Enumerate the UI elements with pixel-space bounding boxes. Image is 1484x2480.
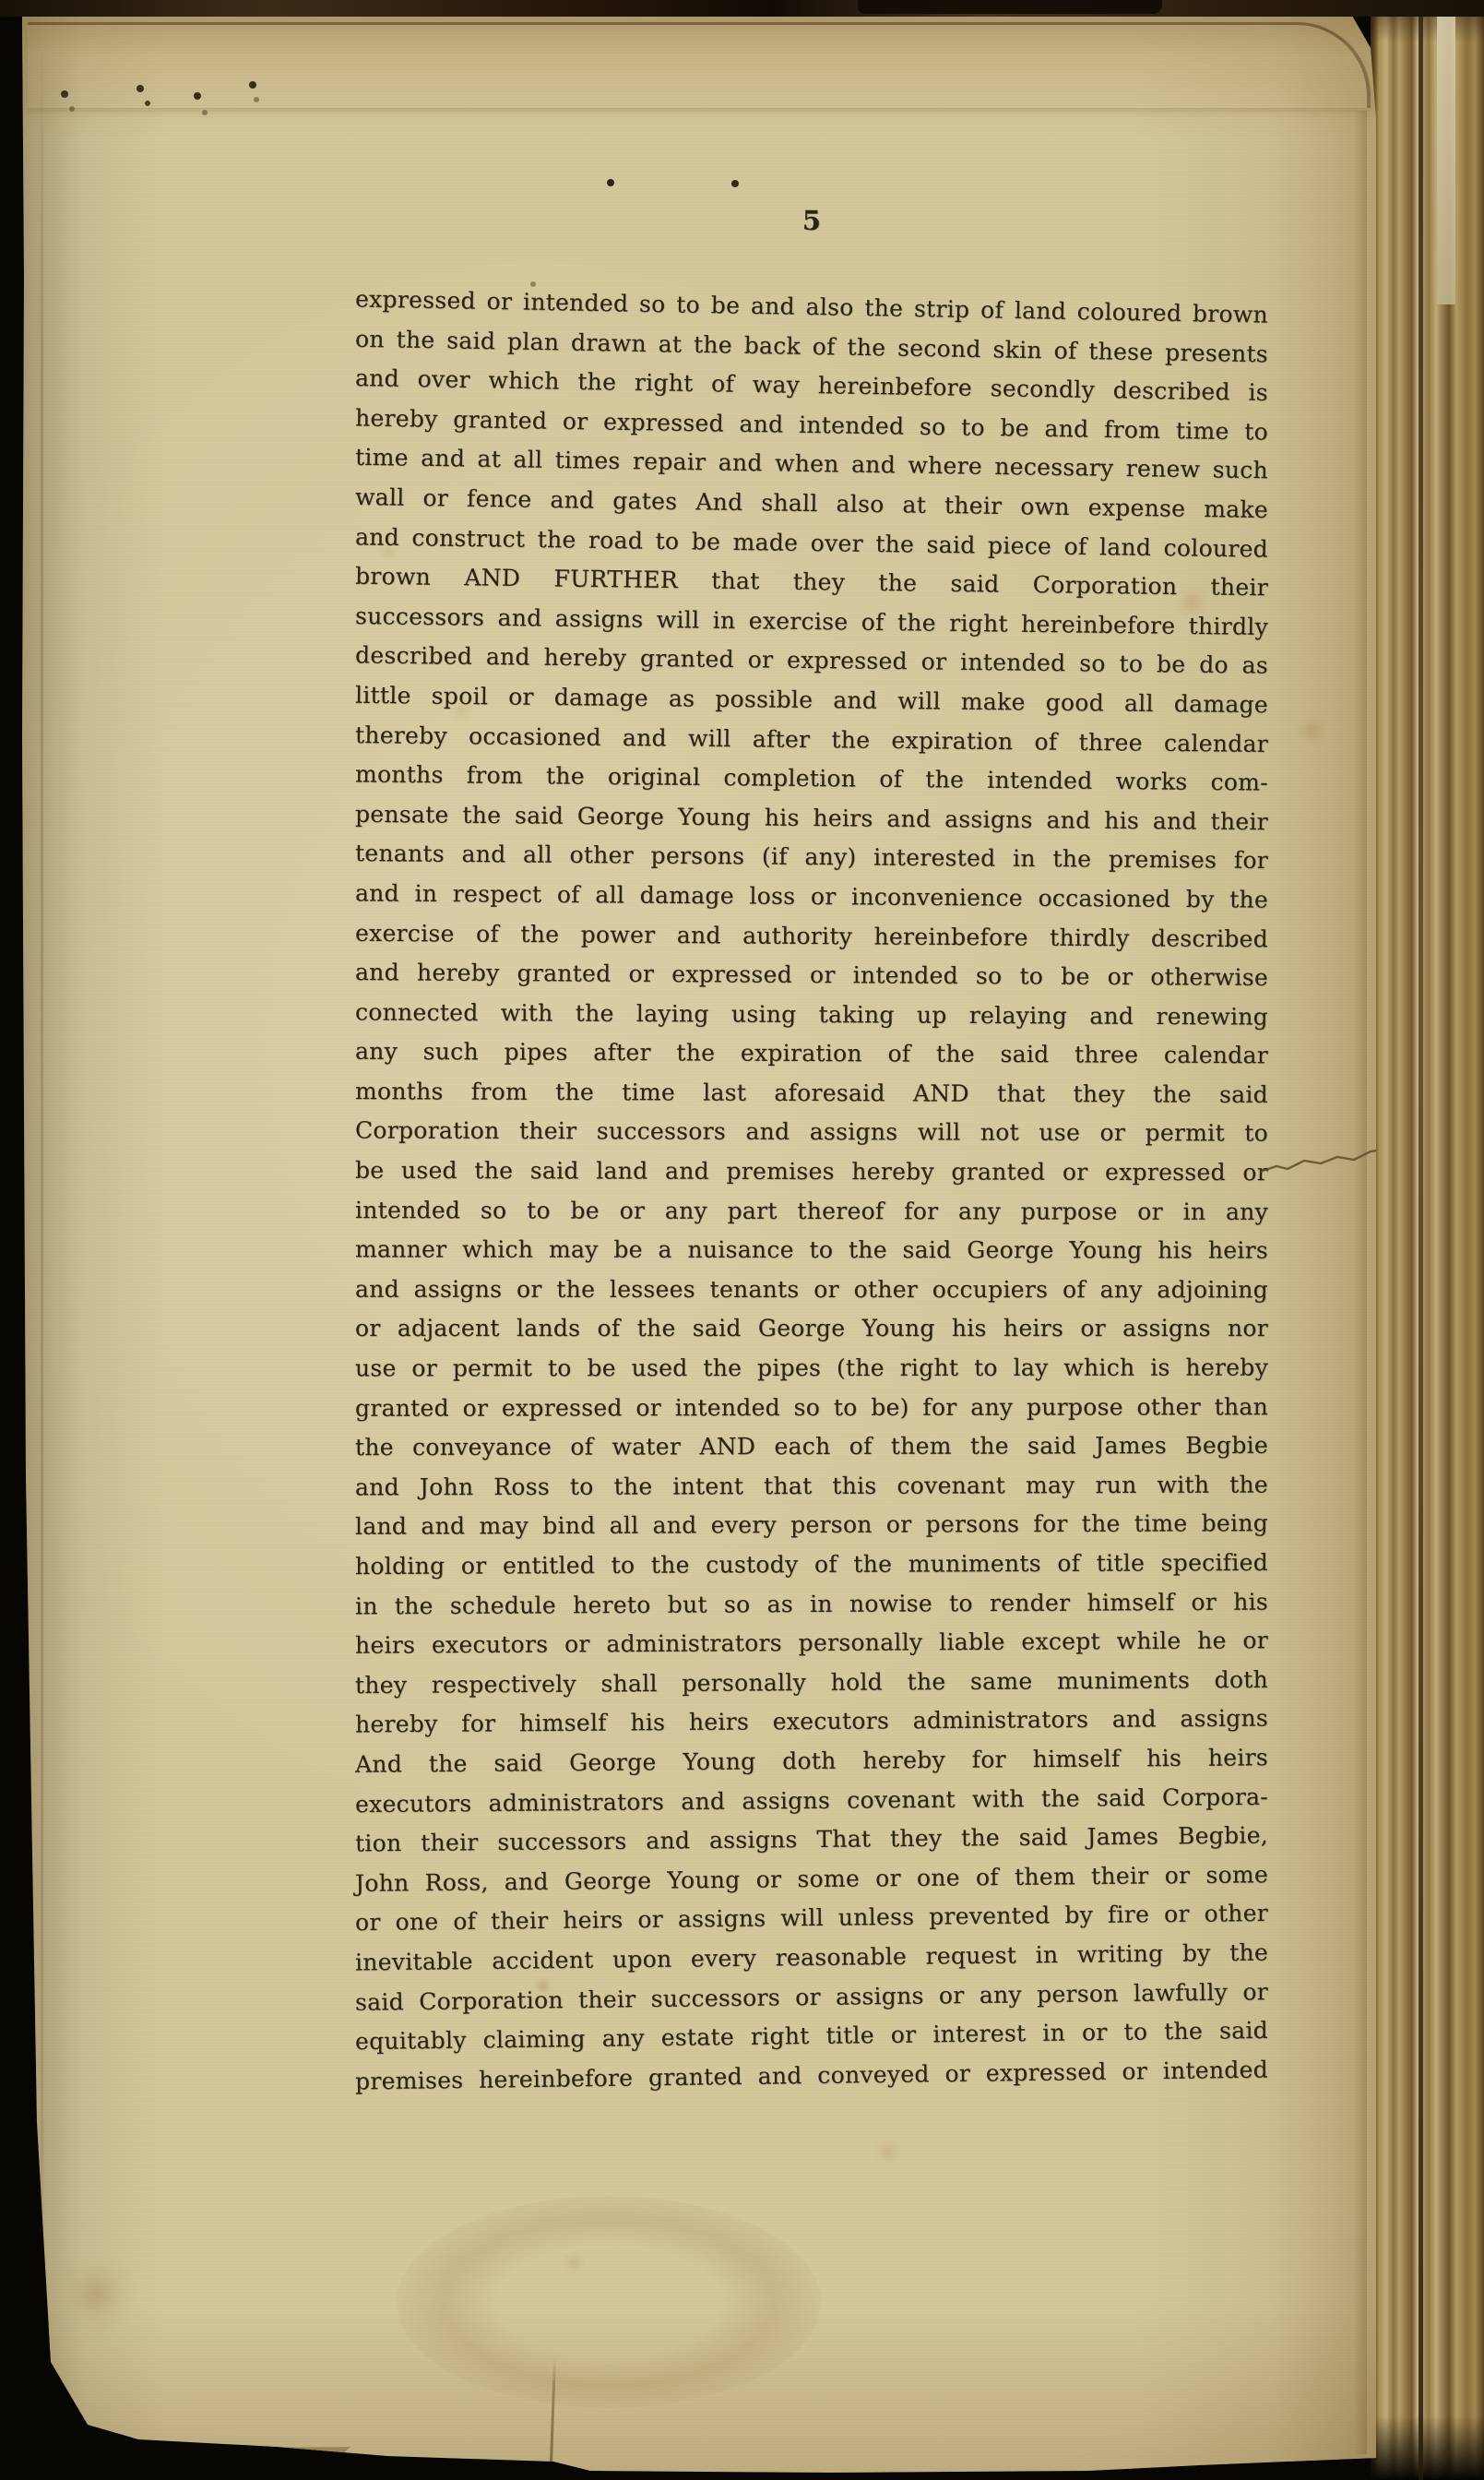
text-line: be used the said land and premises hereb…: [355, 1151, 1268, 1193]
text-line: in the schedule hereto but so as in nowi…: [355, 1582, 1268, 1626]
text-line: and in respect of all damage loss or inc…: [355, 874, 1268, 920]
top-rim-shadow: [858, 0, 1162, 14]
text-line: Corporation their successors and assigns…: [355, 1112, 1268, 1154]
text-line: holding or entitled to the custody of th…: [355, 1544, 1268, 1587]
page-edge-light-strip: [1437, 0, 1455, 304]
text-line: on the said plan drawn at the back of th…: [355, 319, 1269, 374]
text-line: thereby occasioned and will after the ex…: [355, 716, 1268, 764]
page-edge-shadow-line: [1419, 0, 1423, 2480]
text-line: intended so to be or any part thereof fo…: [355, 1191, 1268, 1232]
bottom-fold-crease: [550, 2358, 556, 2463]
book-top-rim: [0, 0, 1484, 17]
text-line: or one of their heirs or assigns will un…: [355, 1894, 1268, 1943]
text-line: exercise of the power and authority here…: [355, 913, 1268, 959]
body-text: expressed or intended so to be and also …: [355, 288, 1268, 2095]
book-scan-photo: 5 expressed or intended so to be and als…: [0, 0, 1484, 2480]
text-line: manner which may be a nuisance to the sa…: [355, 1231, 1268, 1271]
text-line: pensate the said George Young his heirs …: [355, 794, 1268, 841]
ink-specks: [55, 81, 59, 85]
text-line: they respectively shall personally hold …: [355, 1661, 1268, 1706]
under-page-sliver: [0, 2447, 350, 2460]
text-line: and John Ross to the intent that this co…: [355, 1465, 1268, 1508]
under-page-sliver: [212, 2462, 406, 2471]
page-number: 5: [355, 200, 1268, 241]
page-top-crease: [28, 22, 1371, 108]
text-line: time and at all times repair and when an…: [355, 438, 1269, 491]
text-line: land and may bind all and every person o…: [355, 1505, 1268, 1547]
text-line: tion their successors and assigns That t…: [355, 1817, 1268, 1865]
text-line: heirs executors or administrators person…: [355, 1621, 1268, 1665]
text-line: inevitable accident upon every reasonabl…: [355, 1933, 1268, 1982]
text-line: months from the time last aforesaid AND …: [355, 1072, 1268, 1115]
text-line: equitably claiming any estate right titl…: [355, 2011, 1268, 2062]
text-line: any such pipes after the expiration of t…: [355, 1032, 1268, 1076]
text-line: connected with the laying using taking u…: [355, 993, 1268, 1037]
text-line: and hereby granted or expressed or inten…: [355, 953, 1268, 997]
text-line: John Ross, and George Young or some or o…: [355, 1855, 1268, 1903]
page-left-crease: [41, 28, 43, 2417]
paper-tear-crack: [1260, 1142, 1389, 1183]
text-line: successors and assigns will in exercise …: [355, 597, 1268, 648]
text-line: said Corporation their successors or ass…: [355, 1973, 1268, 2022]
text-line: the conveyance of water AND each of them…: [355, 1426, 1268, 1468]
text-line: premises hereinbefore granted and convey…: [355, 2050, 1268, 2102]
text-line: hereby granted or expressed and intended…: [355, 399, 1269, 452]
text-line: expressed or intended so to be and also …: [355, 280, 1269, 335]
page-right-crease: [1354, 111, 1367, 2454]
text-line: wall or fence and gates And shall also a…: [355, 478, 1269, 531]
text-line: brown AND FURTHER that they the said Cor…: [355, 557, 1268, 608]
text-line: granted or expressed or intended so to b…: [355, 1388, 1268, 1428]
text-line: described and hereby granted or expresse…: [355, 637, 1268, 686]
text-line: hereby for himself his heirs executors a…: [355, 1699, 1268, 1746]
text-line: and over which the right of way hereinbe…: [355, 359, 1269, 412]
text-line: and assigns or the lessees tenants or ot…: [355, 1270, 1268, 1310]
text-line: or adjacent lands of the said George You…: [355, 1309, 1268, 1349]
page-edge-stack: [1371, 0, 1484, 2480]
text-line: months from the original completion of t…: [355, 756, 1268, 804]
text-line: And the said George Young doth hereby fo…: [355, 1738, 1268, 1784]
document-page: 5 expressed or intended so to be and als…: [0, 0, 1484, 2480]
water-stain: [397, 2196, 821, 2408]
text-line: little spoil or damage as possible and w…: [355, 676, 1268, 725]
text-line: executors administrators and assigns cov…: [355, 1777, 1268, 1824]
text-line: tenants and all other persons (if any) i…: [355, 834, 1268, 881]
text-line: and construct the road to be made over t…: [355, 518, 1268, 569]
text-line: use or permit to be used the pipes (the …: [355, 1349, 1268, 1389]
